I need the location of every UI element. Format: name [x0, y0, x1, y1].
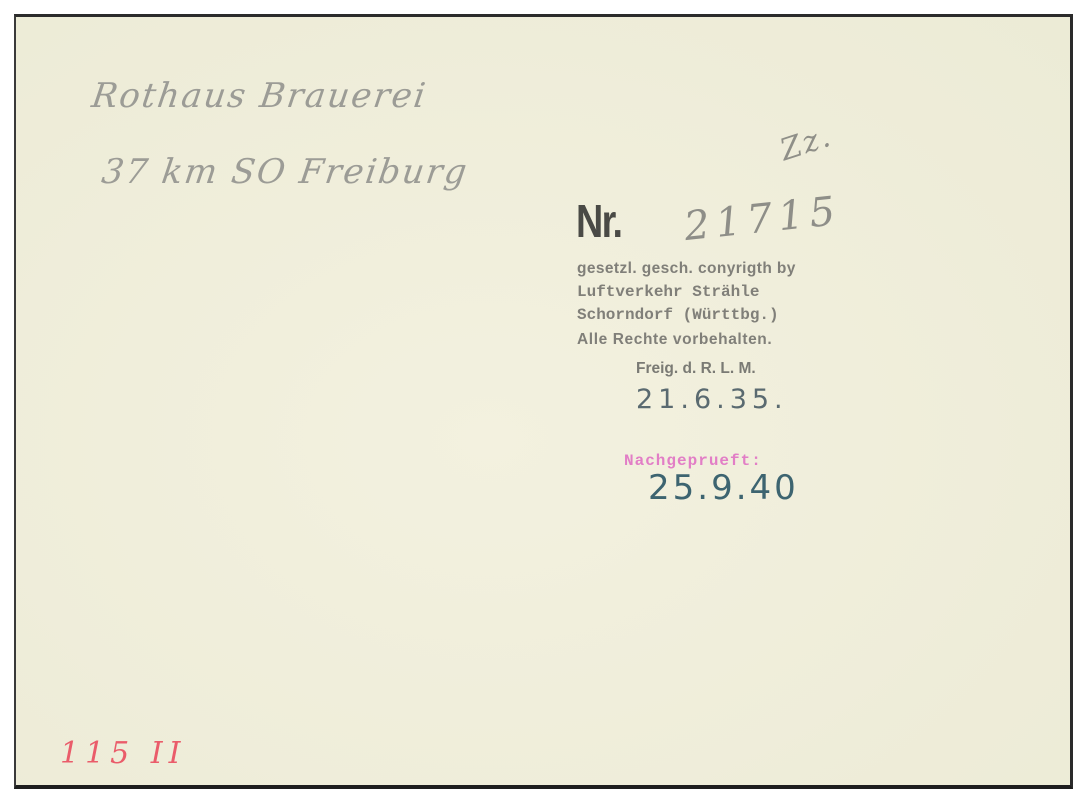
handwritten-location-line1: Rothaus Brauerei: [89, 76, 429, 116]
review-date: 25.9.40: [648, 468, 799, 508]
handwritten-location-line2: 37 km SO Freiburg: [99, 152, 471, 192]
photo-card-back: [14, 14, 1073, 789]
copyright-line-2: Luftverkehr Strähle: [577, 281, 796, 305]
release-date: 21.6.35.: [636, 384, 788, 415]
archive-mark: 115 II: [60, 736, 187, 771]
copyright-line-4: Alle Rechte vorbehalten.: [577, 328, 796, 352]
number-label: Nr.: [576, 194, 621, 248]
copyright-line-1: gesetzl. gesch. conyrigth by: [577, 257, 796, 281]
release-stamp-label: Freig. d. R. L. M.: [636, 360, 756, 378]
copyright-line-3: Schorndorf (Württbg.): [577, 304, 796, 328]
copyright-stamp: gesetzl. gesch. conyrigth by Luftverkehr…: [577, 257, 796, 351]
